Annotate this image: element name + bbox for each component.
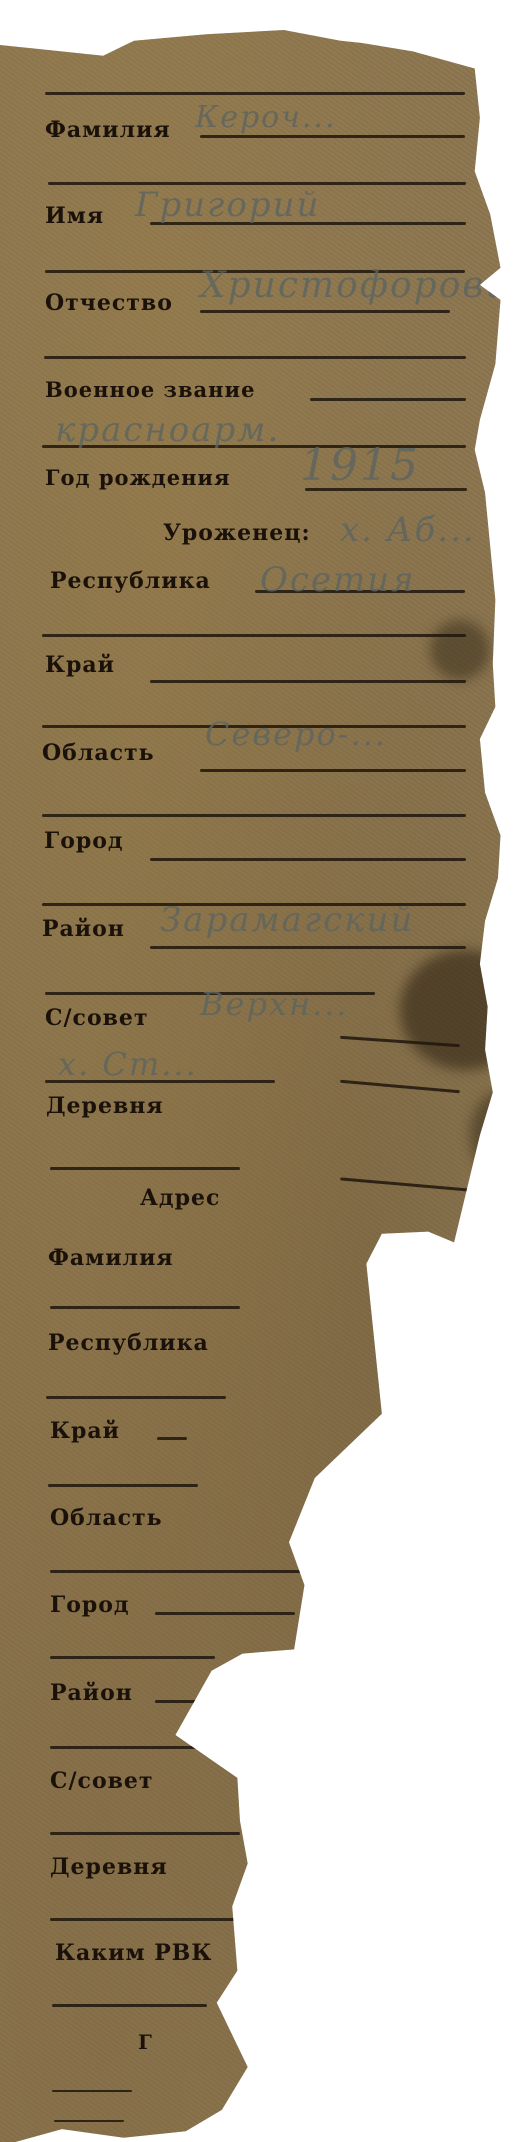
footer-fragment: Г (138, 2030, 153, 2054)
field-label-republic: Республика (50, 568, 211, 594)
field-label-village: Деревня (46, 1093, 164, 1119)
address-label-village-council: С/совет (50, 1768, 154, 1794)
address-label-surname: Фамилия (48, 1245, 174, 1271)
form-rule (50, 1832, 240, 1835)
dark-stain (400, 950, 516, 1070)
form-rule (240, 1902, 300, 1909)
form-rule (46, 1396, 226, 1399)
form-rule (200, 310, 450, 313)
field-label-district: Район (42, 916, 125, 942)
form-rule (340, 1177, 470, 1191)
form-rule (340, 1080, 460, 1093)
address-label-district: Район (50, 1680, 133, 1706)
form-rule (54, 2120, 124, 2122)
form-rule (150, 680, 466, 683)
form-rule (50, 1918, 240, 1921)
form-rule (42, 634, 466, 637)
handwritten-district: Зарамагский (160, 900, 414, 940)
form-rule (52, 2004, 207, 2007)
form-rule (50, 1656, 215, 1659)
section-heading-address: Адрес (140, 1185, 220, 1211)
form-rule (157, 1437, 187, 1440)
field-label-first-name: Имя (45, 203, 104, 229)
handwritten-surname: Кероч... (195, 100, 337, 135)
form-rule (155, 1612, 295, 1615)
form-rule (50, 1167, 240, 1170)
form-rule (150, 946, 466, 949)
field-label-krai: Край (45, 652, 115, 678)
form-rule (310, 398, 466, 401)
handwritten-rank: красноарм. (55, 410, 280, 450)
handwritten-native-of: х. Аб... (340, 510, 476, 550)
dark-stain (470, 1090, 516, 1180)
form-rule (45, 92, 465, 95)
field-label-surname: Фамилия (45, 117, 171, 143)
form-rule (50, 1306, 240, 1309)
handwritten-oblast: Северо-... (205, 715, 387, 753)
form-rule (150, 858, 466, 861)
field-label-patronymic: Отчество (45, 290, 173, 316)
handwritten-patronymic: Христофорович (200, 265, 516, 306)
field-label-military-rank: Военное звание (45, 377, 255, 402)
address-label-which-rvk: Каким РВК (55, 1940, 212, 1966)
field-label-village-council: С/совет (45, 1005, 149, 1031)
field-label-city: Город (44, 828, 124, 854)
form-rule (155, 1700, 245, 1703)
address-label-krai: Край (50, 1418, 120, 1444)
address-label-oblast: Область (50, 1505, 163, 1531)
handwritten-first-name: Григорий (135, 185, 320, 225)
form-rule (50, 1746, 240, 1749)
handwritten-village: х. Ст... (58, 1045, 198, 1083)
field-label-native-of: Уроженец: (163, 520, 311, 546)
address-label-city: Город (50, 1592, 130, 1618)
address-label-village: Деревня (50, 1854, 168, 1880)
form-rule (340, 1036, 460, 1047)
form-rule (44, 356, 466, 359)
form-rule (200, 769, 466, 772)
handwritten-republic: Осетия (260, 560, 416, 600)
form-rule (200, 135, 465, 138)
dark-stain (430, 620, 490, 680)
handwritten-birth-year: 1915 (300, 440, 420, 491)
field-label-birth-year: Год рождения (45, 465, 231, 490)
form-rule (42, 814, 466, 817)
handwritten-village-council: Верхн... (200, 985, 349, 1023)
field-label-oblast: Область (42, 740, 155, 766)
form-rule (48, 1484, 198, 1487)
address-label-republic: Республика (48, 1330, 209, 1356)
form-rule (52, 2090, 132, 2092)
form-rule (50, 1570, 320, 1573)
torn-paper-sheet: Фамилия Имя Отчество Военное звание Год … (0, 0, 516, 2142)
